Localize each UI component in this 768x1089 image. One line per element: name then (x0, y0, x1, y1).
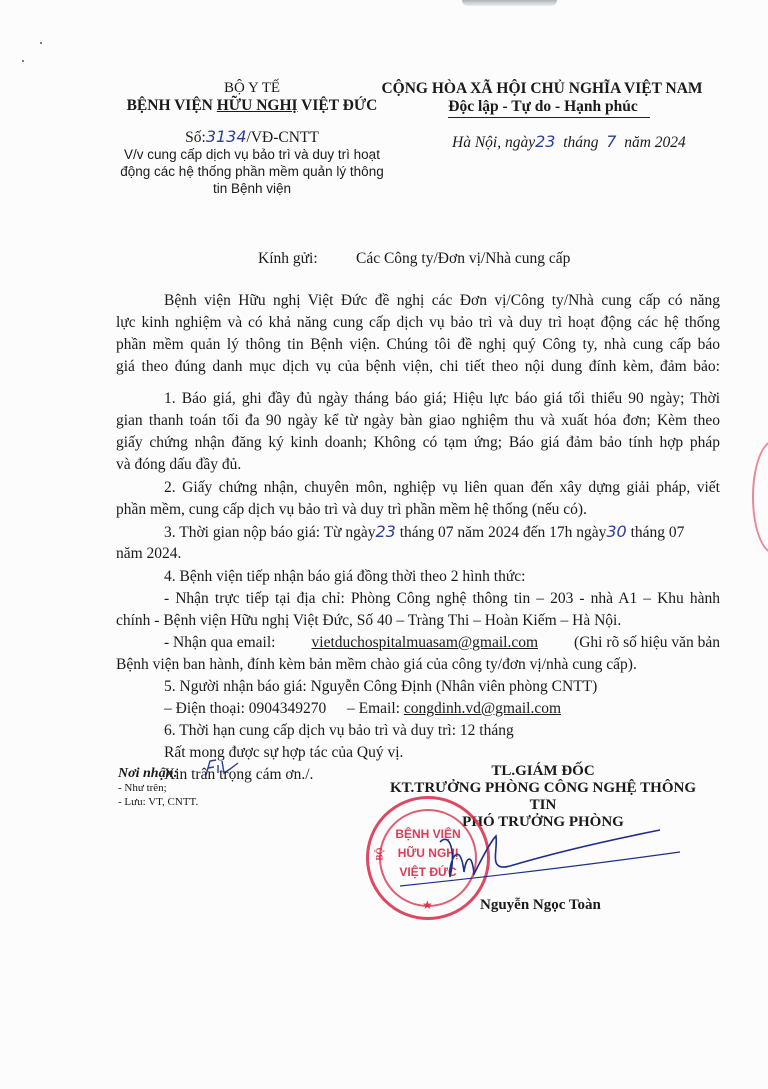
item-4-heading: 4. Bệnh viện tiếp nhận báo giá đồng thời… (164, 566, 525, 588)
item-4-direct: chính - Bệnh viện Hữu nghị Việt Đức, Số … (116, 610, 621, 632)
signer-name: Nguyễn Ngọc Toàn (480, 897, 601, 914)
document-subject: V/v cung cấp dịch vụ bảo trì và duy trì … (112, 146, 392, 197)
item-3-line: năm 2024. (116, 543, 181, 565)
item-4-direct: - Nhận trực tiếp tại địa chỉ: Phòng Công… (164, 588, 720, 610)
ministry-name: BỘ Y TẾ (112, 80, 392, 97)
handwritten-start-day: 23 (375, 522, 395, 541)
document-number: Số:3134/VĐ-CNTT (112, 128, 392, 146)
issuer-header: BỘ Y TẾ BỆNH VIỆN HỮU NGHỊ VIỆT ĐỨC Số:3… (112, 80, 392, 197)
item-1-line: giấy chứng nhận đăng ký kinh doanh; Khôn… (116, 432, 720, 454)
item-4-email: - Nhận qua email: vietduchospitalmuasam@… (164, 632, 720, 654)
item-5-heading: 5. Người nhận báo giá: Nguyễn Công Định … (164, 676, 597, 698)
item-6: 6. Thời hạn cung cấp dịch vụ bảo trì và … (164, 720, 514, 742)
procurement-email-link[interactable]: vietduchospitalmuasam@gmail.com (312, 632, 539, 654)
handwritten-end-day: 30 (606, 522, 626, 541)
national-header: CỘNG HÒA XÃ HỘI CHỦ NGHĨA VIỆT NAM Độc l… (362, 80, 722, 118)
item-1-line: 1. Báo giá, ghi đầy đủ ngày tháng báo gi… (164, 388, 720, 410)
document-page: BỘ Y TẾ BỆNH VIỆN HỮU NGHỊ VIỆT ĐỨC Số:3… (0, 0, 768, 1089)
contact-email-link[interactable]: congdinh.vd@gmail.com (404, 700, 561, 717)
page-edge-seal (752, 440, 768, 554)
handwritten-number: 3134 (206, 127, 247, 146)
addressee-value: Các Công ty/Đơn vị/Nhà cung cấp (356, 248, 570, 270)
document-date: Hà Nội, ngày23 tháng 7 năm 2024 (452, 132, 686, 152)
scan-speck (22, 60, 24, 62)
handwritten-month: 7 (606, 132, 616, 151)
item-2-line: 2. Giấy chứng nhận, chuyên môn, nghiệp v… (164, 477, 720, 499)
contact-email: – Email: congdinh.vd@gmail.com (347, 698, 561, 720)
signer-authority: TL.GIÁM ĐỐC (378, 763, 708, 780)
item-1-line: và đóng dấu đầy đủ. (116, 454, 241, 476)
country-name: CỘNG HÒA XÃ HỘI CHỦ NGHĨA VIỆT NAM (362, 80, 722, 98)
handwritten-day: 23 (535, 132, 555, 151)
closing-thanks: Xin trân trọng cám ơn./. (164, 764, 313, 786)
scan-artifact (462, 0, 557, 6)
item-2-line: phần mềm, cung cấp dịch vụ bảo trì và du… (116, 499, 587, 521)
item-3-line: 3. Thời gian nộp báo giá: Từ ngày23 thán… (164, 521, 684, 544)
intro-line: lực kinh nghiệm và có khả năng cung cấp … (116, 312, 720, 334)
intro-line: phần mềm quản lý thông tin Bệnh viện. Ch… (116, 334, 720, 356)
hospital-name: BỆNH VIỆN HỮU NGHỊ VIỆT ĐỨC (112, 97, 392, 114)
intro-line: Bệnh viện Hữu nghị Việt Đức đề nghị các … (164, 290, 720, 312)
contact-phone: – Điện thoại: 0904349270 (164, 698, 326, 720)
closing-line: Rất mong được sự hợp tác của Quý vị. (164, 742, 403, 764)
scan-speck (40, 42, 42, 44)
item-4-email: Bệnh viện ban hành, đính kèm bản mềm chà… (116, 654, 637, 676)
handwritten-signature-icon (400, 822, 700, 902)
addressee-label: Kính gửi: (258, 248, 318, 270)
national-motto: Độc lập - Tự do - Hạnh phúc (448, 98, 649, 118)
recipient-item: - Lưu: VT, CNTT. (118, 795, 198, 809)
item-1-line: gian thanh toán tối đa 90 ngày kể từ ngà… (116, 410, 720, 432)
intro-line: giá theo đúng danh mục dịch vụ của bệnh … (116, 356, 720, 378)
